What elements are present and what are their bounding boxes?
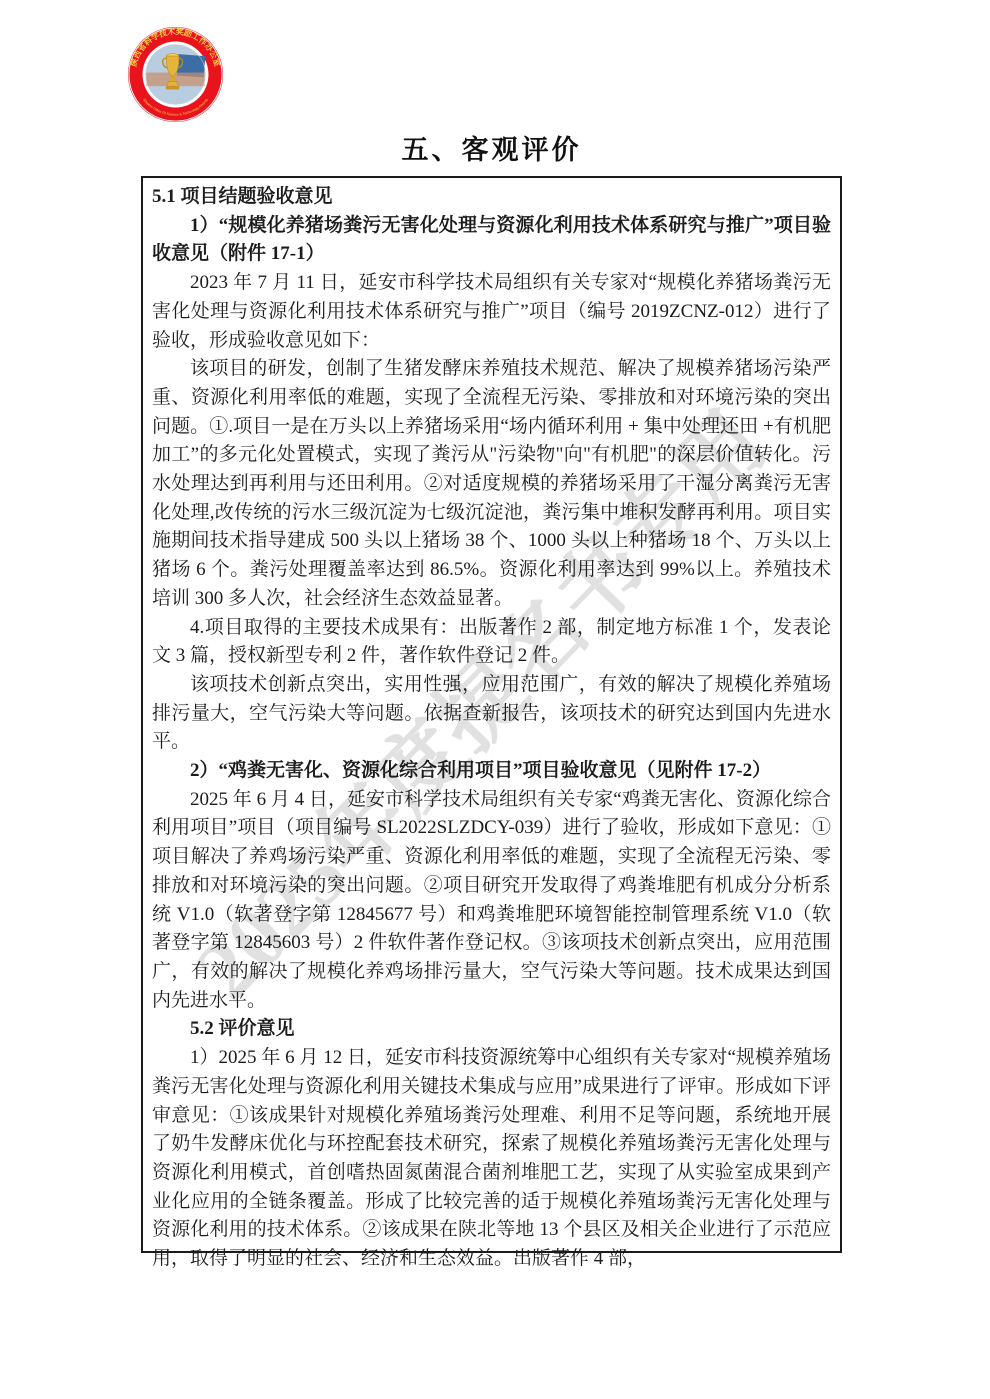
paragraph: 2023 年 7 月 11 日，延安市科学技术局组织有关专家对“规模化养猪场粪污… — [152, 269, 831, 355]
paragraph: 2025 年 6 月 4 日，延安市科学技术局组织有关专家“鸡粪无害化、资源化综… — [152, 786, 831, 1016]
page-title: 五、客观评价 — [141, 128, 842, 167]
paragraph: 1）2025 年 6 月 12 日，延安市科技资源统筹中心组织有关专家对“规模养… — [152, 1044, 831, 1274]
document-box: 5.1 项目结题验收意见1）“规模化养猪场粪污无害化处理与资源化利用技术体系研究… — [141, 176, 842, 1253]
paragraph: 该项技术创新点突出，实用性强，应用范围广，有效的解决了规模化养殖场排污量大，空气… — [152, 671, 831, 757]
paragraph: 4.项目取得的主要技术成果有：出版著作 2 部，制定地方标准 1 个，发表论文 … — [152, 614, 831, 671]
seal-graphic: 陕西省科学技术奖励工作办公室 Shaanxi Office Of Science… — [127, 26, 224, 123]
paragraph: 2）“鸡粪无害化、资源化综合利用项目”项目验收意见（见附件 17-2） — [152, 757, 831, 786]
organization-seal: 陕西省科学技术奖励工作办公室 Shaanxi Office Of Science… — [127, 26, 224, 123]
paragraph: 5.2 评价意见 — [152, 1015, 831, 1044]
paragraph: 5.1 项目结题验收意见 — [152, 183, 831, 212]
paragraph: 该项目的研发，创制了生猪发酵床养殖技术规范、解决了规模养猪场污染严重、资源化利用… — [152, 355, 831, 613]
paragraph: 1）“规模化养猪场粪污无害化处理与资源化利用技术体系研究与推广”项目验收意见（附… — [152, 212, 831, 269]
